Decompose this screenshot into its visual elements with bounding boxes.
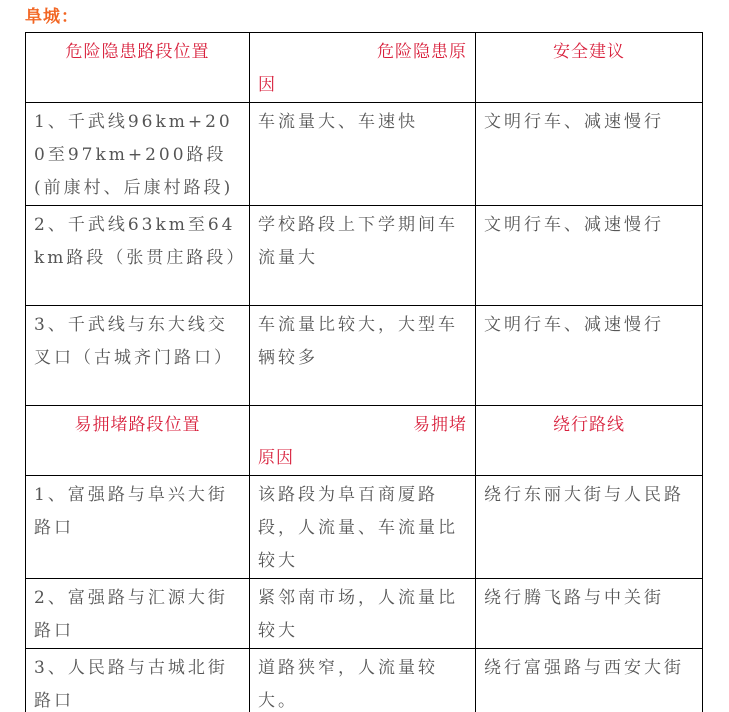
congestion-location-cell: 1、富强路与阜兴大街路口	[26, 476, 250, 579]
congestion-row: 2、富强路与汇源大街路口 紧邻南市场，人流量比较大 绕行腾飞路与中关街	[26, 579, 703, 649]
header-safety-advice: 安全建议	[476, 33, 703, 103]
hazard-header-row: 危险隐患路段位置 危险隐患原 因 安全建议	[26, 33, 703, 103]
header-hazard-cause-line2: 因	[258, 69, 467, 102]
header-detour-route: 绕行路线	[476, 406, 703, 476]
hazard-advice-cell: 文明行车、减速慢行	[476, 103, 703, 206]
congestion-detour-cell: 绕行富强路与西安大街	[476, 649, 703, 712]
header-congestion-cause: 易拥堵 原因	[250, 406, 476, 476]
traffic-hazard-table: 危险隐患路段位置 危险隐患原 因 安全建议 1、千武线96km+200至97km…	[25, 32, 703, 712]
hazard-row: 2、千武线63km至64km路段（张贯庄路段） 学校路段上下学期间车流量大 文明…	[26, 206, 703, 306]
congestion-cause-cell: 紧邻南市场，人流量比较大	[250, 579, 476, 649]
header-hazard-location: 危险隐患路段位置	[26, 33, 250, 103]
header-congestion-cause-line2: 原因	[258, 442, 467, 475]
congestion-detour-cell: 绕行腾飞路与中关街	[476, 579, 703, 649]
hazard-advice-cell: 文明行车、减速慢行	[476, 206, 703, 306]
section-title: 阜城：	[25, 6, 79, 28]
congestion-detour-cell: 绕行东丽大街与人民路	[476, 476, 703, 579]
header-hazard-cause: 危险隐患原 因	[250, 33, 476, 103]
congestion-row: 3、人民路与古城北街路口 道路狭窄，人流量较大。 绕行富强路与西安大街	[26, 649, 703, 712]
hazard-advice-cell: 文明行车、减速慢行	[476, 306, 703, 406]
header-congestion-location: 易拥堵路段位置	[26, 406, 250, 476]
congestion-location-cell: 2、富强路与汇源大街路口	[26, 579, 250, 649]
header-congestion-cause-line1: 易拥堵	[258, 409, 467, 442]
congestion-header-row: 易拥堵路段位置 易拥堵 原因 绕行路线	[26, 406, 703, 476]
hazard-location-cell: 3、千武线与东大线交叉口（古城齐门路口）	[26, 306, 250, 406]
hazard-row: 1、千武线96km+200至97km+200路段(前康村、后康村路段) 车流量大…	[26, 103, 703, 206]
header-hazard-cause-line1: 危险隐患原	[258, 36, 467, 69]
congestion-location-cell: 3、人民路与古城北街路口	[26, 649, 250, 712]
congestion-cause-cell: 道路狭窄，人流量较大。	[250, 649, 476, 712]
congestion-cause-cell: 该路段为阜百商厦路段，人流量、车流量比较大	[250, 476, 476, 579]
hazard-location-cell: 1、千武线96km+200至97km+200路段(前康村、后康村路段)	[26, 103, 250, 206]
hazard-row: 3、千武线与东大线交叉口（古城齐门路口） 车流量比较大，大型车辆较多 文明行车、…	[26, 306, 703, 406]
hazard-cause-cell: 车流量大、车速快	[250, 103, 476, 206]
congestion-row: 1、富强路与阜兴大街路口 该路段为阜百商厦路段，人流量、车流量比较大 绕行东丽大…	[26, 476, 703, 579]
hazard-cause-cell: 车流量比较大，大型车辆较多	[250, 306, 476, 406]
hazard-location-cell: 2、千武线63km至64km路段（张贯庄路段）	[26, 206, 250, 306]
hazard-cause-cell: 学校路段上下学期间车流量大	[250, 206, 476, 306]
